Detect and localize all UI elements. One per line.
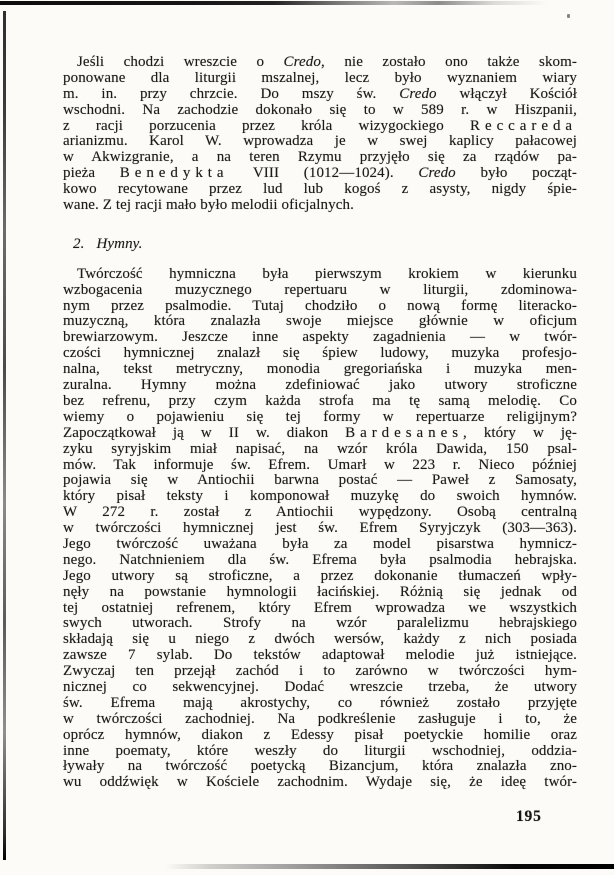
italic-text: Credo — [284, 55, 321, 70]
body-text: wzbogacenia muzycznego repertuaru w litu… — [63, 283, 577, 298]
body-text: w twórczości hymnicznej jest św. Efrem S… — [63, 521, 577, 536]
body-text: mów. Tak informuje św. Efrem. Umarł w 22… — [63, 458, 577, 473]
body-text: oprócz hymnów, diakon z Edessy pisał poe… — [63, 728, 577, 743]
body-text: zuralna. Hymny można zdefiniować jako ut… — [63, 378, 577, 393]
body-text: pojawia się w Antiochii barwna postać — … — [63, 473, 577, 488]
text-block: Jeśli chodzi wreszcie o Credo, nie zosta… — [63, 55, 577, 791]
letterspaced-name: Reccareda — [470, 119, 577, 134]
italic-text: Credo — [399, 87, 436, 102]
text-line: pieża Benedykta VIII (1012—1024). Credo … — [63, 166, 577, 182]
text-line: który pisał teksty i komponował muzykę d… — [63, 489, 577, 505]
text-line: zuralna. Hymny można zdefiniować jako ut… — [63, 378, 577, 394]
body-text: włączył Kościół — [437, 87, 577, 102]
text-line: w twórczości hymnicznej jest św. Efrem S… — [63, 521, 577, 537]
body-text: arianizmu. Karol W. wprowadza je w swej … — [63, 134, 577, 149]
text-line: zyku syryjskim miał napisać, na wzór kró… — [63, 442, 577, 458]
paragraph-hymny: Twórczość hymniczna była pierwszym kroki… — [63, 267, 577, 791]
text-line: ponowane dla liturgii mszalnej, lecz był… — [63, 71, 577, 87]
body-text: kowo recytowane przez lud lub kogoś z as… — [63, 182, 577, 197]
page-number: 195 — [516, 808, 542, 826]
body-text: Twórczość hymniczna była pierwszym kroki… — [77, 267, 577, 282]
scan-speck — [567, 14, 570, 18]
body-text: wiemy o pojawieniu się tej formy w reper… — [63, 410, 577, 425]
text-line: składają się u niego z dwóch wersów, każ… — [63, 632, 577, 648]
text-line: w twórczości zachodniej. Na podkreślenie… — [63, 712, 577, 728]
text-line: muzyczną, która znalazła swoje miejsce g… — [63, 314, 577, 330]
body-text: wane. Z tej racji mało było melodii ofic… — [63, 198, 354, 213]
text-line: tej ostatniej refrenem, który Efrem wpro… — [63, 601, 577, 617]
body-text: czości hymnicznej znalazł się śpiew ludo… — [63, 346, 577, 361]
text-line: wschodni. Na zachodzie dokonało się to w… — [63, 103, 577, 119]
text-line: mów. Tak informuje św. Efrem. Umarł w 22… — [63, 458, 577, 474]
body-text: św. Efrema mają akrostychy, co również z… — [63, 696, 577, 711]
body-text: VIII (1012—1024). — [229, 166, 419, 181]
text-line: wane. Z tej racji mało było melodii ofic… — [63, 198, 577, 214]
scan-artifact-top-edge — [0, 1, 548, 5]
body-text: nicznej co sekwencyjnej. Dodać wreszcie … — [63, 680, 577, 695]
body-text: muzyczną, która znalazła swoje miejsce g… — [63, 314, 577, 329]
body-text: ływały na twórczość poetycką Bizancjum, … — [63, 759, 577, 774]
body-text: inne poematy, które weszły do liturgii w… — [63, 744, 577, 759]
body-text: w Akwizgranie, a na teren Rzymu przyjęło… — [63, 150, 577, 165]
text-line: św. Efrema mają akrostychy, co również z… — [63, 696, 577, 712]
text-line: nego. Natchnieniem dla św. Efrema była p… — [63, 553, 577, 569]
text-line: nym przez psalmodie. Tutaj chodziło o no… — [63, 299, 577, 315]
body-text: nym przez psalmodie. Tutaj chodziło o no… — [63, 299, 577, 314]
text-line: ływały na twórczość poetycką Bizancjum, … — [63, 759, 577, 775]
paragraph-credo: Jeśli chodzi wreszcie o Credo, nie zosta… — [63, 55, 577, 214]
text-line: brewiarzowym. Jeszcze inne aspekty zagad… — [63, 330, 577, 346]
text-line: arianizmu. Karol W. wprowadza je w swej … — [63, 134, 577, 150]
text-line: oprócz hymnów, diakon z Edessy pisał poe… — [63, 728, 577, 744]
body-text: , który w ję- — [463, 426, 577, 441]
letterspaced-name: Bardesanes — [345, 426, 463, 441]
body-text: nego. Natchnieniem dla św. Efrema była p… — [63, 553, 577, 568]
body-text: ponowane dla liturgii mszalnej, lecz był… — [63, 71, 577, 86]
text-line: W 272 r. został z Antiochii wypędzony. O… — [63, 505, 577, 521]
body-text: Jego twórczość uważana była za model pis… — [63, 537, 577, 552]
scan-artifact-bottom-edge — [165, 864, 614, 869]
text-line: nalna, tekst metryczny, monodia gregoria… — [63, 362, 577, 378]
body-text: wschodni. Na zachodzie dokonało się to w… — [63, 103, 577, 118]
text-line: Twórczość hymniczna była pierwszym kroki… — [63, 267, 577, 283]
scanned-book-page: Jeśli chodzi wreszcie o Credo, nie zosta… — [0, 0, 614, 875]
text-line: wu oddźwięk w Kościele zachodnim. Wydaje… — [63, 775, 577, 791]
section-number: 2. — [73, 236, 84, 252]
text-line: pojawia się w Antiochii barwna postać — … — [63, 473, 577, 489]
body-text: Zapoczątkował ją w II w. diakon — [63, 426, 345, 441]
text-line: Jego twórczość uważana była za model pis… — [63, 537, 577, 553]
text-line: zawsze 7 sylab. Do tekstów adaptował mel… — [63, 648, 577, 664]
letterspaced-name: Benedykta — [120, 166, 229, 181]
text-line: kowo recytowane przez lud lub kogoś z as… — [63, 182, 577, 198]
body-text: brewiarzowym. Jeszcze inne aspekty zagad… — [63, 330, 577, 345]
text-line: Jego utwory są stroficzne, a przez dokon… — [63, 569, 577, 585]
section-title: Hymny. — [96, 236, 142, 252]
body-text: zawsze 7 sylab. Do tekstów adaptował mel… — [63, 648, 577, 663]
body-text: który pisał teksty i komponował muzykę d… — [63, 489, 577, 504]
text-line: Zapoczątkował ją w II w. diakon Bardesan… — [63, 426, 577, 442]
section-heading: 2.Hymny. — [63, 237, 577, 253]
body-text: było począt- — [456, 166, 577, 181]
body-text: wu oddźwięk w Kościele zachodnim. Wydaje… — [63, 775, 577, 790]
scan-artifact-left-edge — [3, 11, 6, 860]
text-line: w Akwizgranie, a na teren Rzymu przyjęło… — [63, 150, 577, 166]
body-text: bez refrenu, przy czym każda strofa ma t… — [63, 394, 577, 409]
body-text: nęły na powstanie hymnologii łacińskiej.… — [63, 585, 577, 600]
text-line: m. in. przy chrzcie. Do mszy św. Credo w… — [63, 87, 577, 103]
italic-text: Credo — [418, 166, 455, 181]
text-line: Zwyczaj ten przejął zachód i to zarówno … — [63, 664, 577, 680]
text-line: swych utworach. Strofy na wzór paraleliz… — [63, 616, 577, 632]
text-line: z racji porzucenia przez króla wizygocki… — [63, 119, 577, 135]
body-text: swych utworach. Strofy na wzór paraleliz… — [63, 616, 577, 631]
text-line: bez refrenu, przy czym każda strofa ma t… — [63, 394, 577, 410]
body-text: nalna, tekst metryczny, monodia gregoria… — [63, 362, 577, 377]
body-text: pieża — [63, 166, 120, 181]
body-text: w twórczości zachodniej. Na podkreślenie… — [63, 712, 577, 727]
body-text: Jeśli chodzi wreszcie o — [77, 55, 284, 70]
body-text: tej ostatniej refrenem, który Efrem wpro… — [63, 601, 577, 616]
text-line: inne poematy, które weszły do liturgii w… — [63, 744, 577, 760]
body-text: , nie zostało ono także skom- — [321, 55, 577, 70]
body-text: zyku syryjskim miał napisać, na wzór kró… — [63, 442, 577, 457]
body-text: składają się u niego z dwóch wersów, każ… — [63, 632, 577, 647]
body-text: W 272 r. został z Antiochii wypędzony. O… — [63, 505, 577, 520]
text-line: czości hymnicznej znalazł się śpiew ludo… — [63, 346, 577, 362]
text-line: nicznej co sekwencyjnej. Dodać wreszcie … — [63, 680, 577, 696]
text-line: wiemy o pojawieniu się tej formy w reper… — [63, 410, 577, 426]
body-text: Zwyczaj ten przejął zachód i to zarówno … — [63, 664, 577, 679]
body-text: m. in. przy chrzcie. Do mszy św. — [63, 87, 399, 102]
body-text: z racji porzucenia przez króla wizygocki… — [63, 119, 470, 134]
text-line: Jeśli chodzi wreszcie o Credo, nie zosta… — [63, 55, 577, 71]
text-line: wzbogacenia muzycznego repertuaru w litu… — [63, 283, 577, 299]
body-text: Jego utwory są stroficzne, a przez dokon… — [63, 569, 577, 584]
text-line: nęły na powstanie hymnologii łacińskiej.… — [63, 585, 577, 601]
